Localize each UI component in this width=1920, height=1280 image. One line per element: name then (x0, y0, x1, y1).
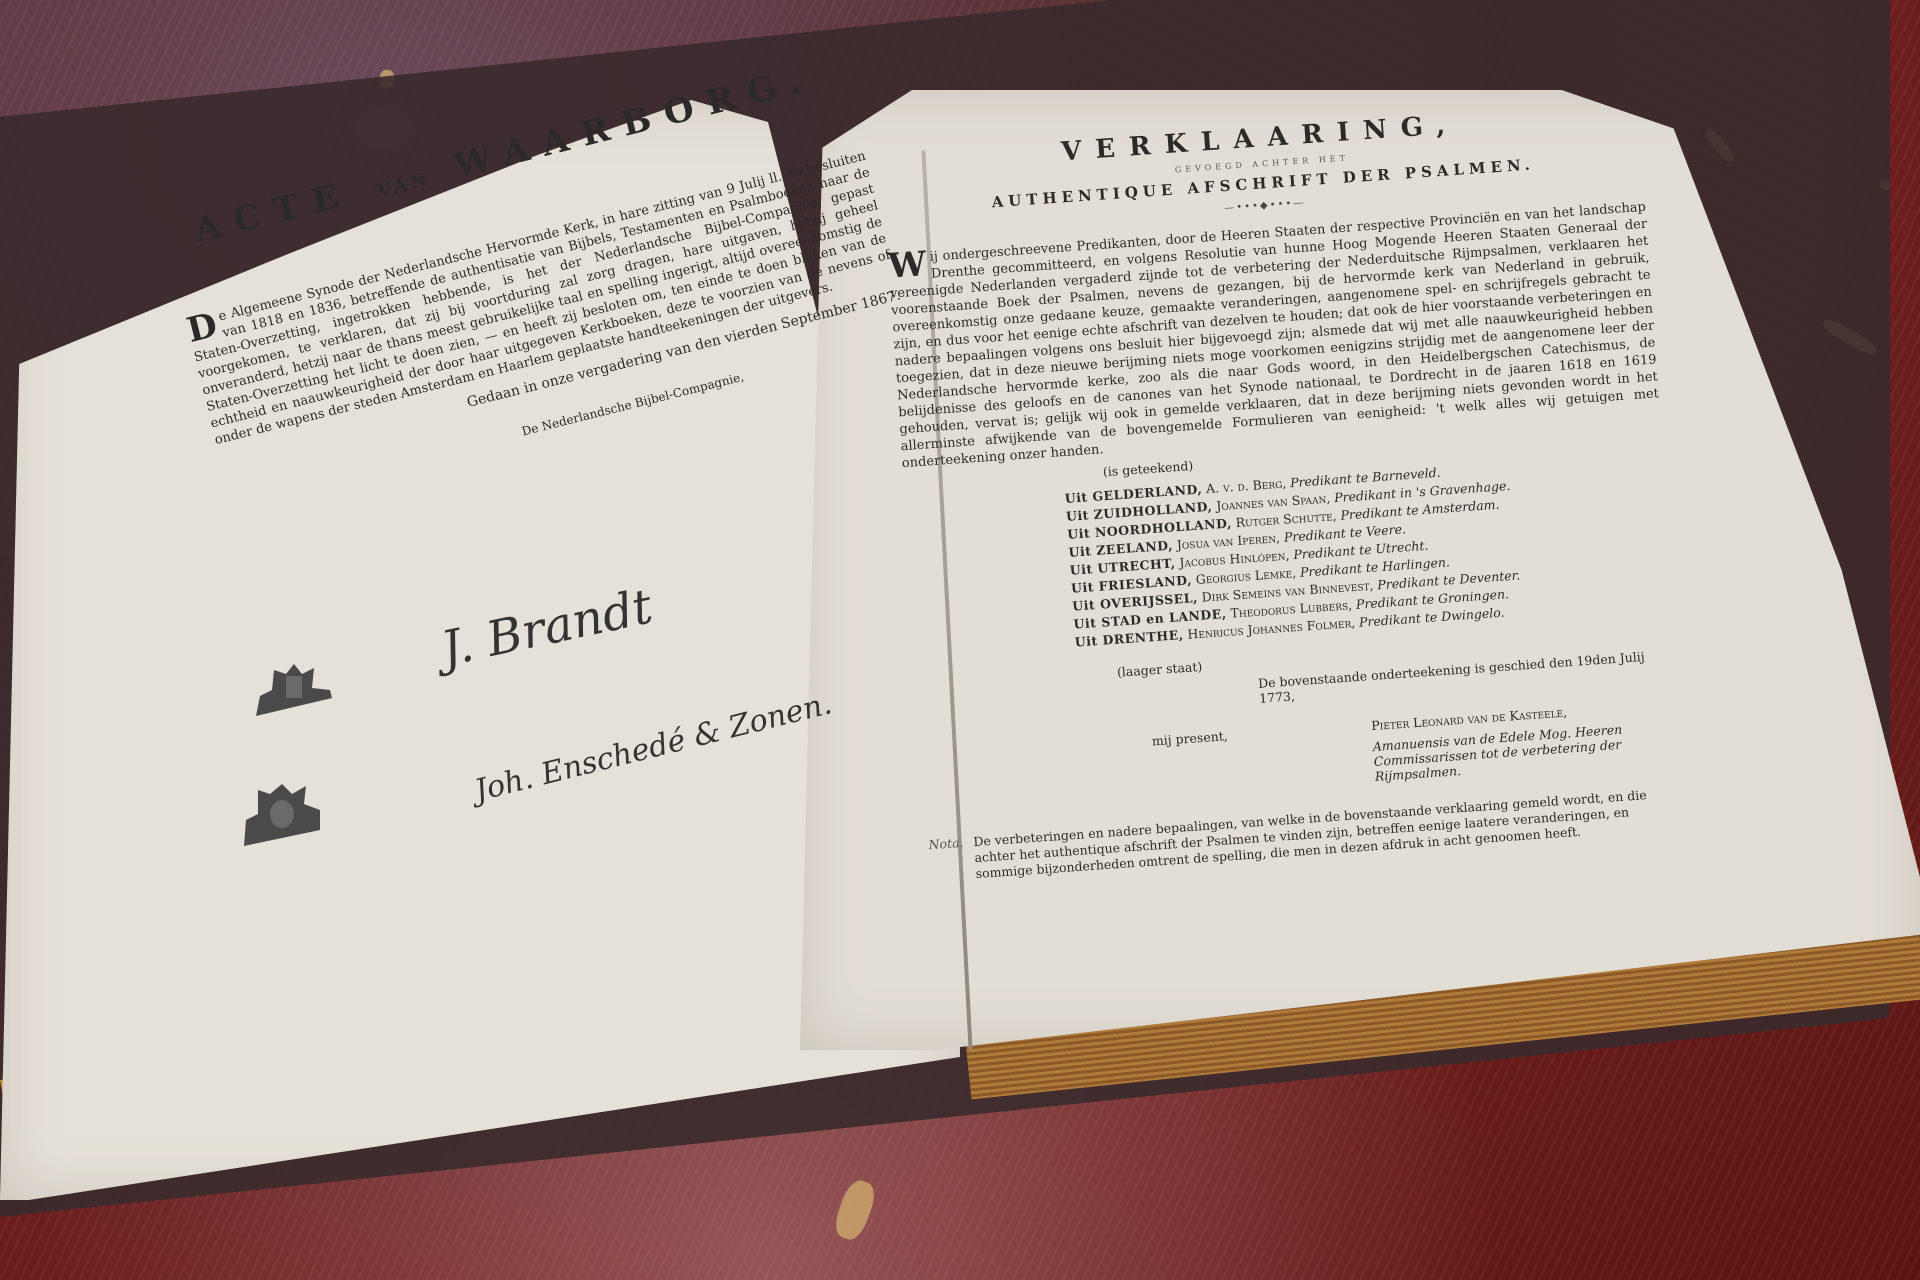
present-label: mij present, (1151, 718, 1372, 748)
dropcap: W (887, 249, 927, 282)
title-van: VAN (375, 169, 433, 203)
paint-chip (831, 1177, 880, 1244)
signers-list: Uit GELDERLAND, A. v. d. Berg, Predikant… (1064, 448, 1674, 651)
verklaaring: VERKLAARING, GEVOEGD ACHTER HET AUTHENTI… (880, 97, 1690, 885)
nota-label: Nota. (928, 835, 966, 885)
amsterdam-coat-of-arms-icon (252, 660, 336, 720)
haarlem-coat-of-arms-icon (240, 780, 324, 850)
dropcap: D (184, 310, 220, 346)
body-text: ij ondergeschreevene Predikanten, door d… (890, 200, 1660, 471)
right-page-body: Wij ondergeschreevene Predikanten, door … (887, 199, 1661, 472)
